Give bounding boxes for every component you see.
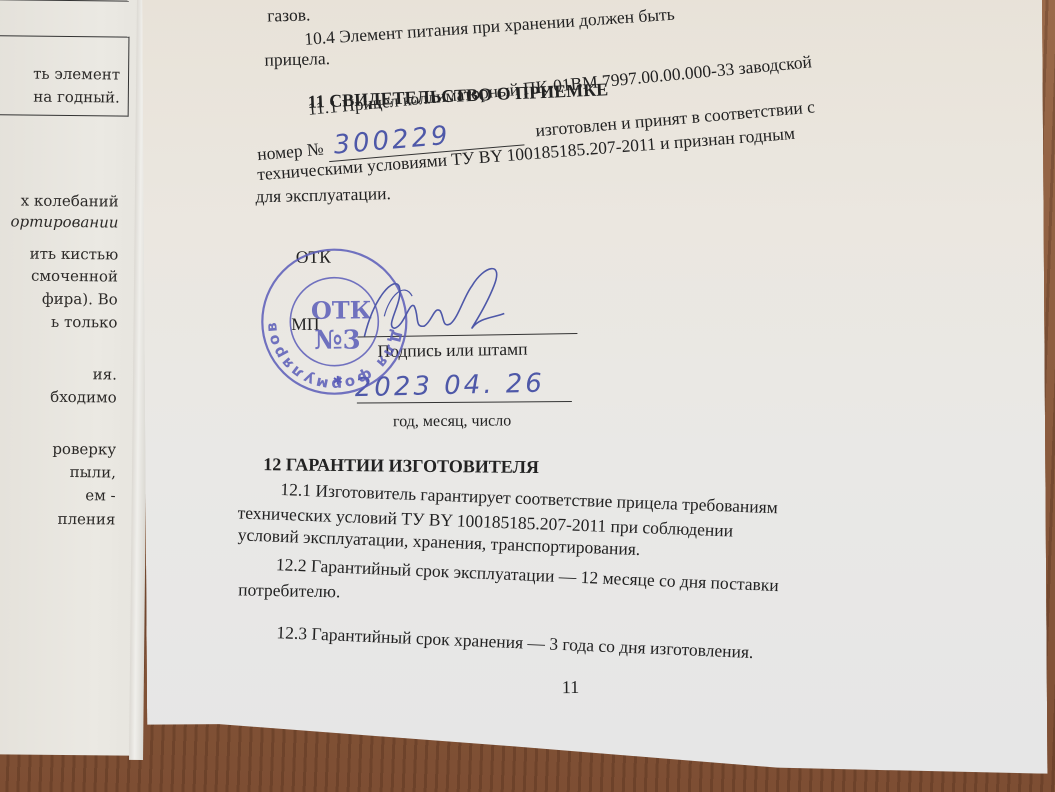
item-12-3: 12.3 Гарантийный срок хранения — 3 года … <box>276 622 754 663</box>
date-line <box>357 401 572 404</box>
left-page-line: пыли, <box>70 463 116 481</box>
section-12-heading: 12 ГАРАНТИИ ИЗГОТОВИТЕЛЯ <box>263 454 539 478</box>
left-page-line: роверку <box>52 440 116 459</box>
date-caption: год, месяц, число <box>393 412 511 431</box>
svg-text:✱: ✱ <box>333 374 343 388</box>
left-page-line: бходимо <box>50 388 117 407</box>
left-table-rule <box>0 0 129 2</box>
left-page-line: фира). Во <box>42 290 118 309</box>
left-page-line: ь только <box>51 313 118 332</box>
left-page-line: х колебаний <box>21 192 119 211</box>
left-page-line: ть элемент <box>33 65 120 84</box>
left-page-line: ем - <box>85 486 116 504</box>
page-number: 11 <box>562 677 579 698</box>
left-page: ть элементна годный.х колебанийортирован… <box>0 0 149 756</box>
left-page-line: ия. <box>93 365 117 383</box>
left-page-line: ортировании <box>10 212 118 231</box>
left-page-line: на годный. <box>33 88 120 107</box>
handwritten-signature <box>354 255 525 356</box>
right-page: газов. 10.4 Элемент питания при хранении… <box>142 0 1047 780</box>
item-11-1-line4: для эксплуатации. <box>255 183 391 207</box>
item-10-4-line2: прицела. <box>264 48 330 71</box>
text-gases: газов. <box>267 4 311 26</box>
item-12-2-line1: 12.2 Гарантийный срок эксплуатации — 12 … <box>276 554 780 596</box>
item-10-4-line1: 10.4 Элемент питания при хранении должен… <box>304 4 676 50</box>
item-12-2-line2: потребителю. <box>238 579 341 602</box>
left-page-line: пления <box>57 510 115 529</box>
left-page-line: ить кистью <box>30 245 119 264</box>
left-page-line: смоченной <box>31 267 118 286</box>
page-content: газов. 10.4 Элемент питания при хранении… <box>142 0 1047 780</box>
